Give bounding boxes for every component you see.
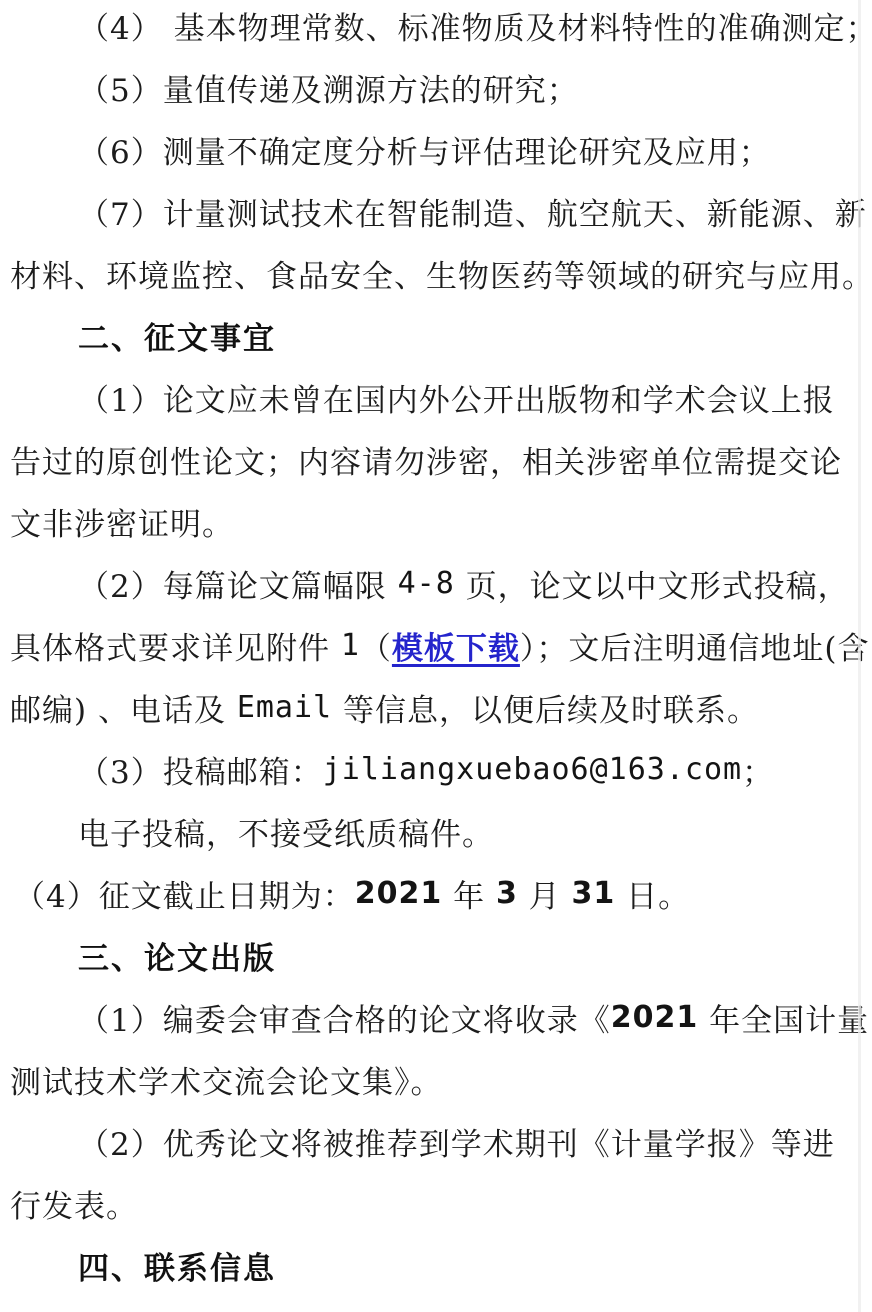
text-segment: （1）编委会审查合格的论文将收录《 (78, 995, 611, 1040)
text-segment: 四、联系信息 (78, 1243, 276, 1288)
text-segment: 年 (442, 871, 496, 916)
topic-item-6: （6）测量不确定度分析与评估理论研究及应用； (0, 118, 872, 180)
text-segment: （5）量值传递及溯源方法的研究； (78, 65, 579, 110)
section-heading-4: 四、联系信息 (0, 1234, 872, 1296)
text-segment: 文非涉密证明。 (10, 499, 234, 544)
document-text-body: （4） 基本物理常数、标准物质及材料特性的准确测定；（5）量值传递及溯源方法的研… (0, 0, 872, 1296)
text-segment: 告过的原创性论文；内容请勿涉密，相关涉密单位需提交论 (10, 437, 842, 482)
text-segment: 等信息，以便后续及时联系。 (332, 685, 759, 730)
text-segment: （6）测量不确定度分析与评估理论研究及应用； (78, 127, 771, 172)
submission-item-4-deadline: （4）征文截止日期为：2021 年 3 月 31 日。 (0, 862, 872, 924)
text-segment: ； (742, 747, 774, 792)
text-segment: （7）计量测试技术在智能制造、航空航天、新能源、新 (78, 189, 867, 234)
publication-item-1-line-1: （1）编委会审查合格的论文将收录《2021 年全国计量 (0, 986, 872, 1048)
text-segment: 2021 (611, 1000, 699, 1035)
text-segment: 4-8 (398, 566, 455, 601)
text-segment: （2）每篇论文篇幅限 (78, 561, 398, 606)
text-segment: （4）征文截止日期为： (14, 871, 355, 916)
text-segment: 31 (572, 876, 616, 911)
topic-item-7-line-2: 材料、环境监控、食品安全、生物医药等领域的研究与应用。 (0, 242, 872, 304)
topic-item-7-line-1: （7）计量测试技术在智能制造、航空航天、新能源、新 (0, 180, 872, 242)
publication-item-1-line-2: 测试技术学术交流会论文集》。 (0, 1048, 872, 1110)
text-segment: 3 (496, 876, 518, 911)
text-segment: 1 (341, 628, 360, 663)
text-segment: 月 (518, 871, 572, 916)
text-segment: 日。 (615, 871, 690, 916)
text-segment: 具体格式要求详见附件 (10, 623, 341, 668)
text-segment: （3）投稿邮箱： (78, 747, 323, 792)
text-segment: 三、论文出版 (78, 933, 276, 978)
text-segment: 2021 (355, 876, 443, 911)
submission-item-3: （3）投稿邮箱：jiliangxuebao6@163.com； (0, 738, 872, 800)
text-segment: 电子投稿，不接受纸质稿件。 (78, 809, 494, 854)
text-segment: （ (360, 623, 392, 668)
text-segment: 页，论文以中文形式投稿， (455, 561, 850, 606)
text-segment: （2）优秀论文将被推荐到学术期刊《计量学报》等进 (78, 1119, 835, 1164)
submission-item-1-line-3: 文非涉密证明。 (0, 490, 872, 552)
text-segment: 二、征文事宜 (78, 313, 276, 358)
publication-item-2-line-1: （2）优秀论文将被推荐到学术期刊《计量学报》等进 (0, 1110, 872, 1172)
submission-item-2-line-2: 具体格式要求详见附件 1（模板下载）；文后注明通信地址(含 (0, 614, 872, 676)
topic-item-4: （4） 基本物理常数、标准物质及材料特性的准确测定； (0, 0, 872, 56)
text-segment: 行发表。 (10, 1181, 138, 1226)
text-segment: （4） 基本物理常数、标准物质及材料特性的准确测定； (78, 3, 872, 48)
submission-item-1-line-2: 告过的原创性论文；内容请勿涉密，相关涉密单位需提交论 (0, 428, 872, 490)
text-segment: （1）论文应未曾在国内外公开出版物和学术会议上报 (78, 375, 835, 420)
text-segment: Email (237, 690, 332, 725)
section-heading-3: 三、论文出版 (0, 924, 872, 986)
submission-item-1-line-1: （1）论文应未曾在国内外公开出版物和学术会议上报 (0, 366, 872, 428)
submission-item-2-line-3: 邮编) 、电话及 Email 等信息，以便后续及时联系。 (0, 676, 872, 738)
submission-item-2-line-1: （2）每篇论文篇幅限 4-8 页，论文以中文形式投稿， (0, 552, 872, 614)
page-edge-shadow (858, 0, 861, 1312)
text-segment: 测试技术学术交流会论文集》。 (10, 1057, 443, 1102)
text-segment: 年全国计量 (698, 995, 869, 1040)
topic-item-5: （5）量值传递及溯源方法的研究； (0, 56, 872, 118)
text-segment: 材料、环境监控、食品安全、生物医药等领域的研究与应用。 (10, 251, 872, 296)
document-page: （4） 基本物理常数、标准物质及材料特性的准确测定；（5）量值传递及溯源方法的研… (0, 0, 872, 1312)
text-segment: ）；文后注明通信地址(含 (520, 623, 870, 668)
publication-item-2-line-2: 行发表。 (0, 1172, 872, 1234)
text-segment: 邮编) 、电话及 (10, 685, 237, 730)
submission-item-3-note: 电子投稿，不接受纸质稿件。 (0, 800, 872, 862)
template-download-link[interactable]: 模板下载 (392, 623, 520, 668)
submission-email: jiliangxuebao6@163.com (323, 752, 742, 787)
section-heading-2: 二、征文事宜 (0, 304, 872, 366)
